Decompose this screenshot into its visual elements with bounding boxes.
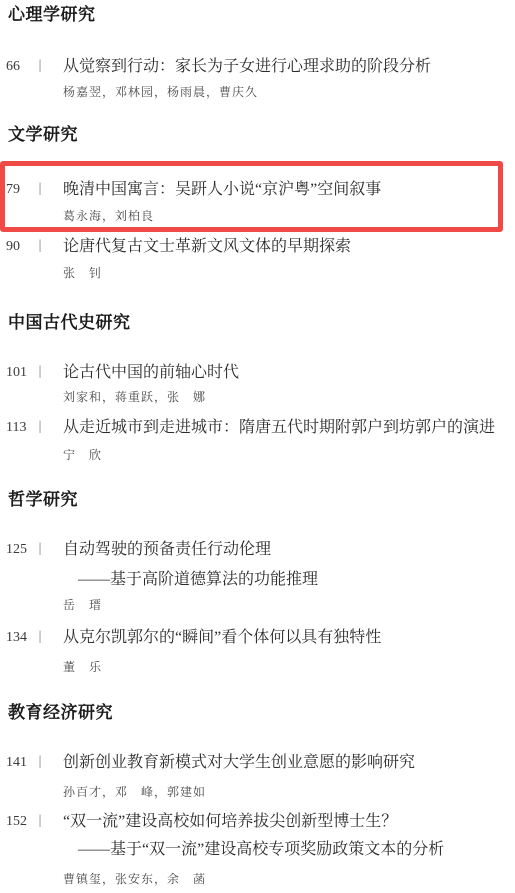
entry-body: 从走近城市到走进城市：隋唐五代时期附郭户到坊郭户的演进 宁 欣	[63, 418, 515, 462]
page-number: 66	[6, 57, 37, 76]
separator-bar: |	[37, 418, 43, 436]
entry-body: 论唐代复古文士革新文风文体的早期探索 张 钊	[63, 237, 515, 280]
separator-bar: |	[37, 540, 43, 558]
article-title[interactable]: “双一流”建设高校如何培养拔尖创新型博士生？	[63, 812, 515, 831]
article-title[interactable]: 论唐代复古文士革新文风文体的早期探索	[63, 237, 515, 256]
article-subtitle: ——基于“双一流”建设高校专项奖励政策文本的分析	[63, 840, 515, 859]
article-authors: 葛永海，刘柏良	[63, 209, 515, 223]
entry-body: 从觉察到行动：家长为子女进行心理求助的阶段分析 杨嘉翌，邓林园，杨雨晨，曹庆久	[63, 57, 515, 99]
toc-entry-101[interactable]: 101 | 论古代中国的前轴心时代 刘家和，蒋重跃，张 娜	[0, 363, 515, 404]
article-title[interactable]: 晚清中国寓言：吴趼人小说“京沪粤”空间叙事	[63, 180, 515, 199]
page-number: 113	[6, 418, 37, 437]
article-authors: 岳 瑨	[63, 598, 515, 612]
entry-body: 论古代中国的前轴心时代 刘家和，蒋重跃，张 娜	[63, 363, 515, 404]
section-heading-literature: 文学研究	[8, 125, 515, 145]
separator-bar: |	[37, 57, 43, 75]
entry-body: “双一流”建设高校如何培养拔尖创新型博士生？ ——基于“双一流”建设高校专项奖励…	[63, 812, 515, 886]
toc-entry-66[interactable]: 66 | 从觉察到行动：家长为子女进行心理求助的阶段分析 杨嘉翌，邓林园，杨雨晨…	[0, 57, 515, 99]
toc-entry-125[interactable]: 125 | 自动驾驶的预备责任行动伦理 ——基于高阶道德算法的功能推理 岳 瑨	[0, 540, 515, 612]
section-heading-psychology: 心理学研究	[8, 5, 515, 25]
article-authors: 曹镇玺，张安东，余 菡	[63, 872, 515, 886]
separator-bar: |	[37, 812, 43, 830]
page-number: 90	[6, 237, 37, 256]
entry-body: 自动驾驶的预备责任行动伦理 ——基于高阶道德算法的功能推理 岳 瑨	[63, 540, 515, 612]
separator-bar: |	[37, 237, 43, 255]
page-number: 141	[6, 753, 37, 772]
toc-entry-79-highlighted[interactable]: 79 | 晚清中国寓言：吴趼人小说“京沪粤”空间叙事 葛永海，刘柏良	[0, 180, 515, 223]
article-title[interactable]: 从走近城市到走进城市：隋唐五代时期附郭户到坊郭户的演进	[63, 418, 515, 437]
entry-body: 创新创业教育新模式对大学生创业意愿的影响研究 孙百才，邓 峰，郭建如	[63, 753, 515, 799]
page-number: 152	[6, 812, 37, 831]
article-authors: 宁 欣	[63, 448, 515, 462]
entry-body: 从克尔凯郭尔的“瞬间”看个体何以具有独特性 董 乐	[63, 628, 515, 674]
article-title[interactable]: 论古代中国的前轴心时代	[63, 363, 515, 382]
article-title[interactable]: 创新创业教育新模式对大学生创业意愿的影响研究	[63, 753, 515, 772]
article-subtitle: ——基于高阶道德算法的功能推理	[63, 570, 515, 589]
section-heading-philosophy: 哲学研究	[8, 490, 515, 510]
toc-entry-113[interactable]: 113 | 从走近城市到走进城市：隋唐五代时期附郭户到坊郭户的演进 宁 欣	[0, 418, 515, 462]
article-title[interactable]: 自动驾驶的预备责任行动伦理	[63, 540, 515, 559]
separator-bar: |	[37, 628, 43, 646]
toc-entry-152[interactable]: 152 | “双一流”建设高校如何培养拔尖创新型博士生？ ——基于“双一流”建设…	[0, 812, 515, 886]
article-title[interactable]: 从觉察到行动：家长为子女进行心理求助的阶段分析	[63, 57, 515, 76]
toc-entry-90[interactable]: 90 | 论唐代复古文士革新文风文体的早期探索 张 钊	[0, 237, 515, 280]
toc-entry-141[interactable]: 141 | 创新创业教育新模式对大学生创业意愿的影响研究 孙百才，邓 峰，郭建如	[0, 753, 515, 799]
separator-bar: |	[37, 363, 43, 381]
page-number: 101	[6, 363, 37, 382]
article-authors: 杨嘉翌，邓林园，杨雨晨，曹庆久	[63, 85, 515, 99]
page-number: 79	[6, 180, 37, 199]
article-authors: 刘家和，蒋重跃，张 娜	[63, 390, 515, 404]
article-authors: 张 钊	[63, 266, 515, 280]
separator-bar: |	[37, 753, 43, 771]
toc-entry-134[interactable]: 134 | 从克尔凯郭尔的“瞬间”看个体何以具有独特性 董 乐	[0, 628, 515, 674]
page-number: 125	[6, 540, 37, 559]
separator-bar: |	[37, 180, 43, 198]
article-title[interactable]: 从克尔凯郭尔的“瞬间”看个体何以具有独特性	[63, 628, 515, 647]
article-authors: 孙百才，邓 峰，郭建如	[63, 785, 515, 799]
entry-body: 晚清中国寓言：吴趼人小说“京沪粤”空间叙事 葛永海，刘柏良	[63, 180, 515, 223]
toc-page: 心理学研究 66 | 从觉察到行动：家长为子女进行心理求助的阶段分析 杨嘉翌，邓…	[0, 0, 515, 893]
section-heading-ancient-chinese-history: 中国古代史研究	[8, 313, 515, 333]
page-number: 134	[6, 628, 37, 647]
article-authors: 董 乐	[63, 660, 515, 674]
section-heading-education-economics: 教育经济研究	[8, 703, 515, 723]
